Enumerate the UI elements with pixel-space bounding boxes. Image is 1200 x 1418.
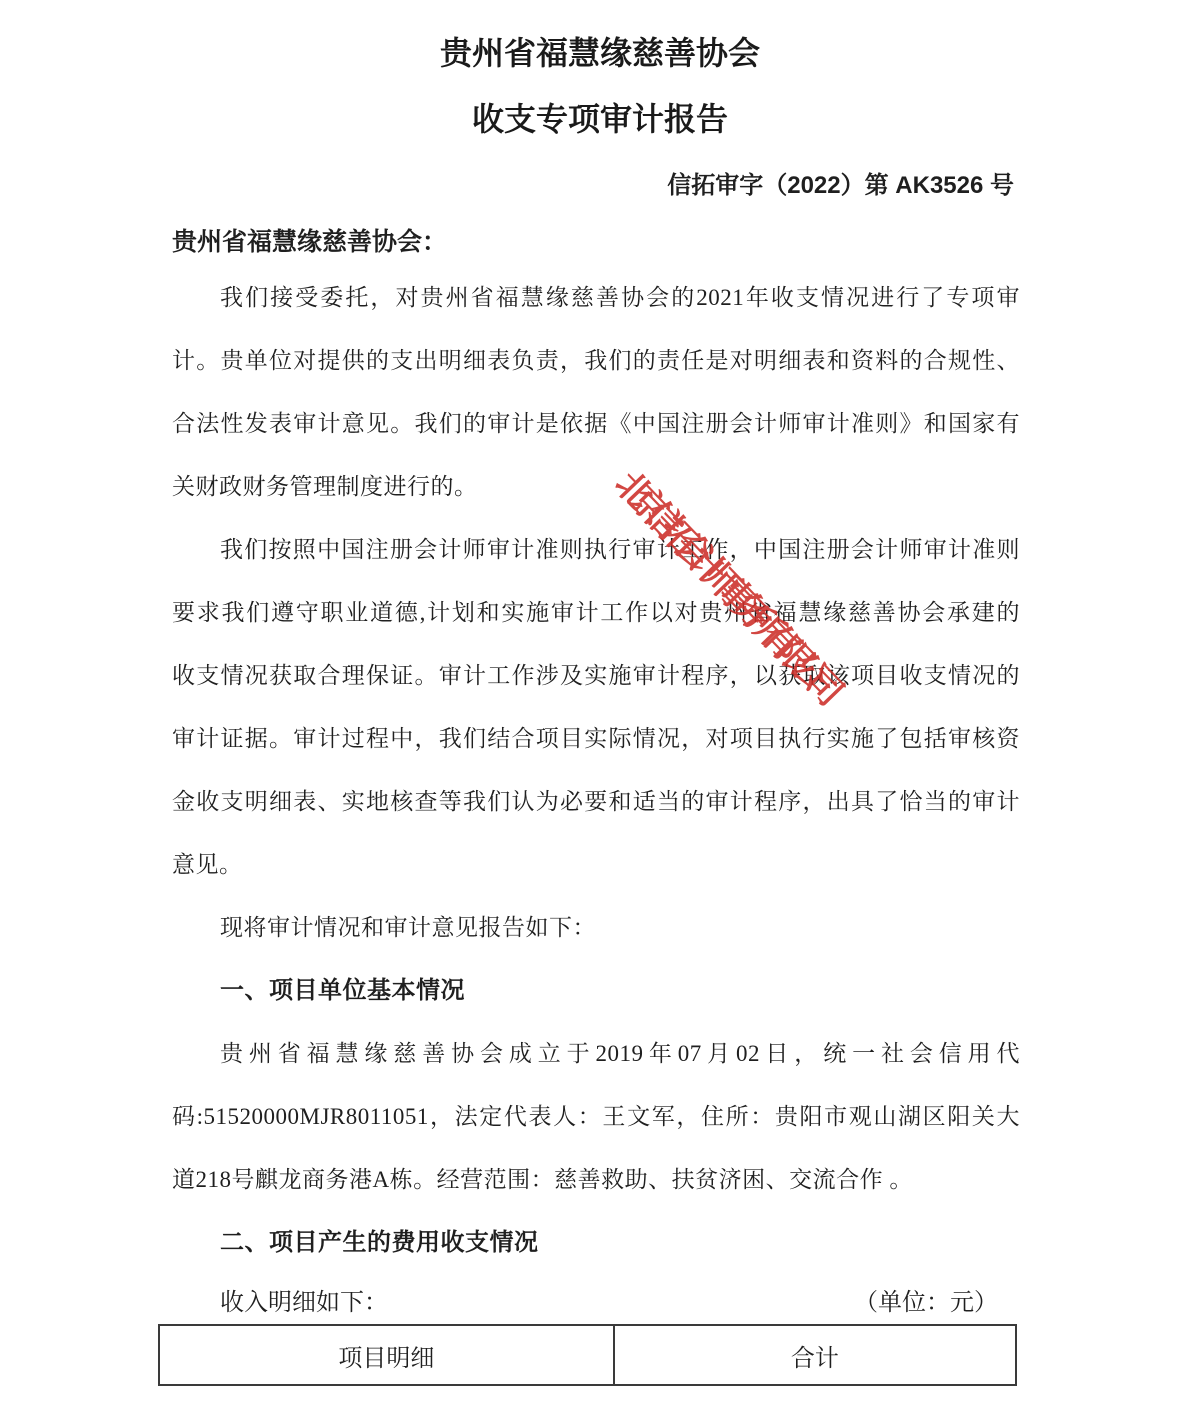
text-line: 审计证据。审计过程中，我们结合项目实际情况，对项目执行实施了包括审核资 <box>172 707 1020 770</box>
income-table: 项目明细 合计 <box>158 1324 1017 1386</box>
text-line: 要求我们遵守职业道德,计划和实施审计工作以对贵州省福慧缘慈善协会承建的 <box>172 581 1020 644</box>
addressee-line: 贵州省福慧缘慈善协会： <box>172 224 1020 260</box>
income-caption: 收入明细如下： <box>172 1282 388 1317</box>
text-line: 道218号麒龙商务港A栋。经营范围：慈善救助、扶贫济困、交流合作 。 <box>172 1148 1020 1211</box>
section-1-body: 贵州省福慧缘慈善协会成立于2019年07月02日，统一社会信用代码:515200… <box>172 1022 1020 1211</box>
text-line: 金收支明细表、实地核查等我们认为必要和适当的审计程序，出具了恰当的审计 <box>172 770 1020 833</box>
audit-report-page: 北京信拓会计师事务所有限公司 贵州省福慧缘慈善协会 收支专项审计报告 信拓审字（… <box>0 0 1200 1418</box>
income-table-header-total: 合计 <box>614 1325 1016 1385</box>
text-line: 计。贵单位对提供的支出明细表负责，我们的责任是对明细表和资料的合规性、 <box>172 329 1020 392</box>
unit-caption: （单位：元） <box>854 1282 1020 1317</box>
text-line: 意见。 <box>172 833 1020 896</box>
paragraph-standards: 我们按照中国注册会计师审计准则执行审计工作，中国注册会计师审计准则要求我们遵守职… <box>172 518 1020 896</box>
lead-in-line: 现将审计情况和审计意见报告如下： <box>172 896 1020 959</box>
section-1-heading: 一、项目单位基本情况 <box>172 959 1020 1022</box>
text-line: 合法性发表审计意见。我们的审计是依据《中国注册会计师审计准则》和国家有 <box>172 392 1020 455</box>
text-line: 码:51520000MJR8011051，法定代表人：王文军，住所：贵阳市观山湖… <box>172 1085 1020 1148</box>
income-table-header-item: 项目明细 <box>159 1325 614 1385</box>
text-line: 我们接受委托，对贵州省福慧缘慈善协会的2021年收支情况进行了专项审 <box>172 266 1020 329</box>
text-line: 关财政财务管理制度进行的。 <box>172 455 1020 518</box>
section-2-heading: 二、项目产生的费用收支情况 <box>172 1211 1020 1274</box>
income-caption-row: 收入明细如下： （单位：元） <box>172 1274 1020 1324</box>
reference-number: 信拓审字（2022）第 AK3526 号 <box>172 168 1014 204</box>
text-line: 我们按照中国注册会计师审计准则执行审计工作，中国注册会计师审计准则 <box>172 518 1020 581</box>
text-line: 收支情况获取合理保证。审计工作涉及实施审计程序，以获取该项目收支情况的 <box>172 644 1020 707</box>
doc-subtitle: 收支专项审计报告 <box>0 96 1200 142</box>
doc-title: 贵州省福慧缘慈善协会 <box>0 30 1200 76</box>
text-line: 贵州省福慧缘慈善协会成立于2019年07月02日，统一社会信用代 <box>172 1022 1020 1085</box>
paragraph-engagement: 我们接受委托，对贵州省福慧缘慈善协会的2021年收支情况进行了专项审计。贵单位对… <box>172 266 1020 518</box>
document-body: 我们接受委托，对贵州省福慧缘慈善协会的2021年收支情况进行了专项审计。贵单位对… <box>172 266 1020 1324</box>
income-table-header-row: 项目明细 合计 <box>159 1325 1016 1385</box>
